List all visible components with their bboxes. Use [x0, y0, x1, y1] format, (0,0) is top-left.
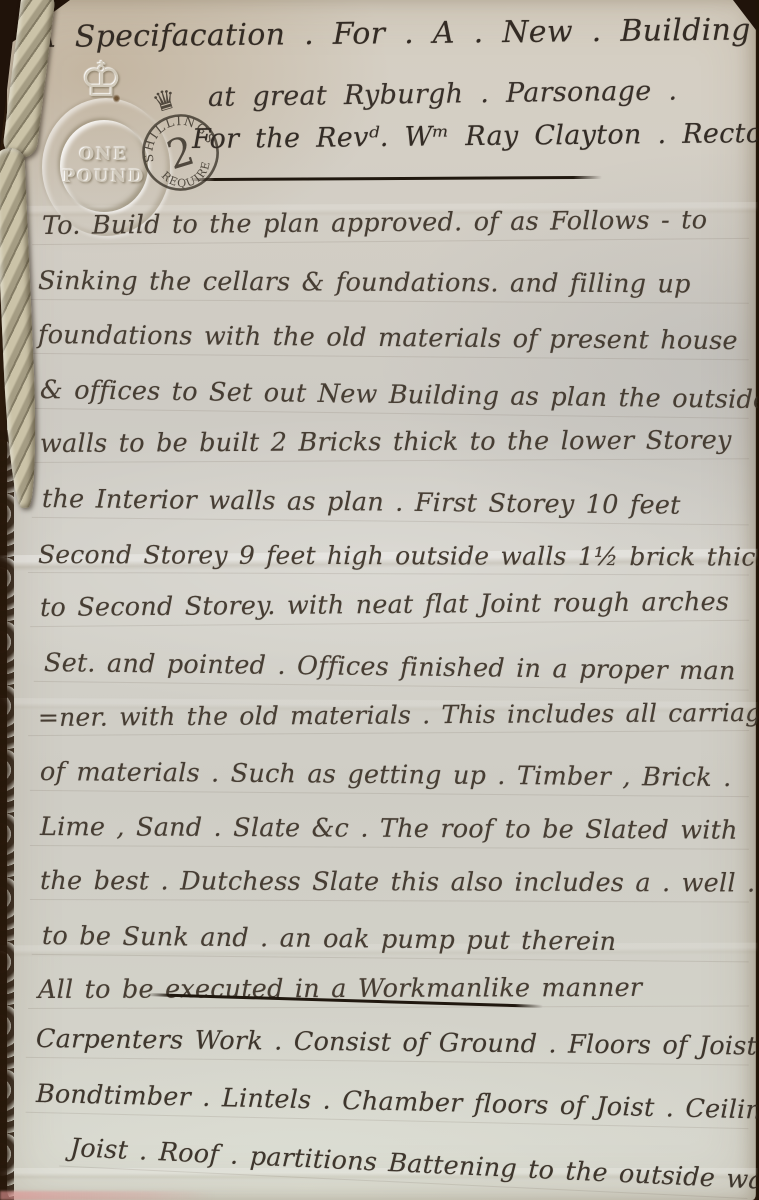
carpenters-paragraph: Carpenters Work . Consist of Ground . Fl…	[36, 1012, 749, 1176]
body-line: Sinking the cellars & foundations. and f…	[38, 254, 749, 312]
carpenter-line: Carpenters Work . Consist of Ground . Fl…	[36, 1012, 750, 1074]
body-line: of materials . Such as getting up . Timb…	[40, 745, 749, 806]
body-line: =ner. with the old materials . This incl…	[38, 685, 749, 745]
body-line: the Interior walls as plan . First Store…	[42, 472, 750, 534]
body-line: Lime , Sand . Slate &c . The roof to be …	[40, 800, 749, 858]
paper-hole	[113, 94, 120, 103]
paper-underlay-strip	[0, 1191, 215, 1200]
specification-paragraph: To. Build to the plan approved. of as Fo…	[38, 199, 749, 1018]
photo-edge	[755, 0, 759, 1200]
body-line: to Second Storey. with neat flat Joint r…	[40, 575, 749, 636]
body-line: foundations with the old materials of pr…	[38, 308, 749, 369]
title-line-2: at great Ryburgh . Parsonage .	[208, 75, 678, 113]
body-line: To. Build to the plan approved. of as Fo…	[42, 193, 749, 254]
body-line: All to be executed in a Workmanlike mann…	[38, 961, 749, 1018]
manuscript-photo: ♔ ONE POUND ♛ SHILLINGS 2 REQUIRE A Spec…	[0, 0, 759, 1200]
deckle-edge	[0, 430, 14, 1200]
title-line-3: For the Revᵈ. Wᵐ Ray Clayton . Rector	[192, 118, 759, 155]
embossed-stamp-text: ONE	[79, 145, 128, 165]
body-line: walls to be built 2 Bricks thick to the …	[40, 414, 749, 472]
title-line-1: A Specifacation . For . A . New . Buildi…	[34, 12, 751, 55]
body-line: the best . Dutchess Slate this also incl…	[40, 854, 749, 911]
